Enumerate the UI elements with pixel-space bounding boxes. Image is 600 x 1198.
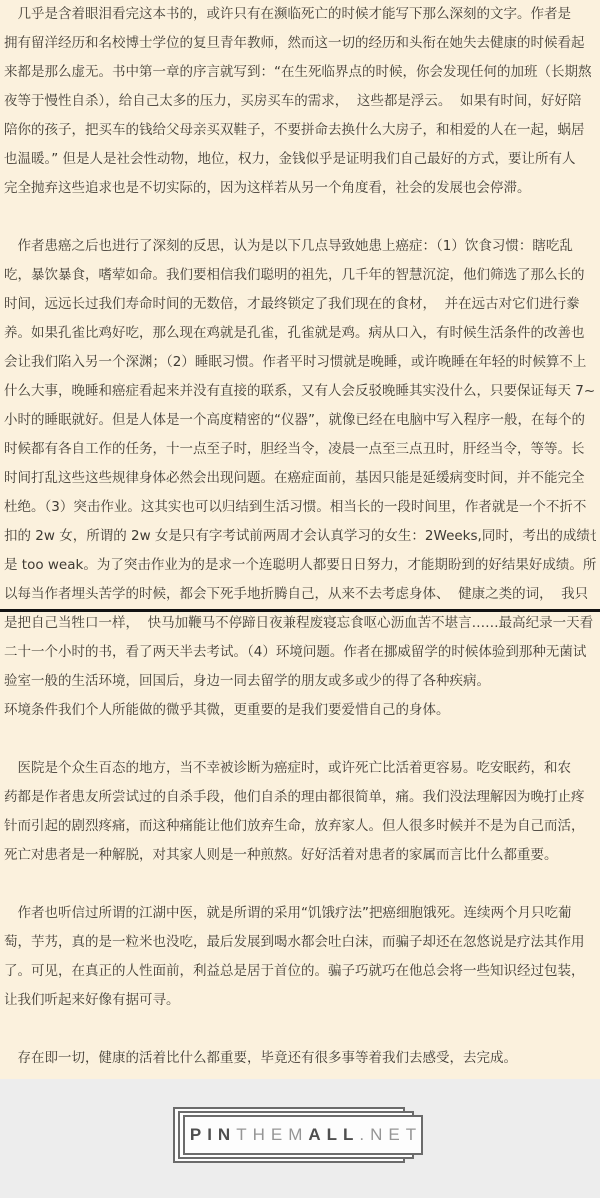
logo-segment-dot: . — [359, 1125, 370, 1144]
paragraph-quack-medicine: 作者也听信过所谓的江湖中医，就是所谓的采用“饥饿疗法”把癌细胞饿死。连续两个月只… — [4, 899, 596, 1015]
paragraph-intro: 几乎是含着眼泪看完这本书的，或许只有在濒临死亡的时候才能写下那么深刻的文字。作者… — [4, 0, 596, 203]
logo-paper-sheet-front: PINTHEMALL.NET — [183, 1115, 423, 1155]
stitched-screenshot-divider — [0, 609, 600, 612]
logo-segment-net: NET — [370, 1125, 422, 1144]
pinthemall-logo[interactable]: PINTHEMALL.NET — [0, 1079, 600, 1198]
paragraph-conclusion: 存在即一切，健康的活着比什么都重要，毕竟还有很多事等着我们去感受，去完成。 — [4, 1044, 596, 1073]
paragraph-hospital: 医院是个众生百态的地方，当不幸被诊断为癌症时，或许死亡比活着更容易。吃安眠药，和… — [4, 754, 596, 870]
footer-watermark-bar: PINTHEMALL.NET — [0, 1079, 600, 1198]
logo-segment-them: THEM — [236, 1125, 308, 1144]
page: 几乎是含着眼泪看完这本书的，或许只有在濒临死亡的时候才能写下那么深刻的文字。作者… — [0, 0, 600, 1198]
logo-segment-all: ALL — [308, 1125, 359, 1144]
logo-segment-pin: PIN — [190, 1125, 236, 1144]
paragraph-cancer-causes: 作者患癌之后也进行了深刻的反思，认为是以下几点导致她患上癌症：（1）饮食习惯：瞎… — [4, 232, 596, 725]
book-review-article: 几乎是含着眼泪看完这本书的，或许只有在濒临死亡的时候才能写下那么深刻的文字。作者… — [0, 0, 600, 1073]
logo-wordmark: PINTHEMALL.NET — [184, 1125, 422, 1145]
